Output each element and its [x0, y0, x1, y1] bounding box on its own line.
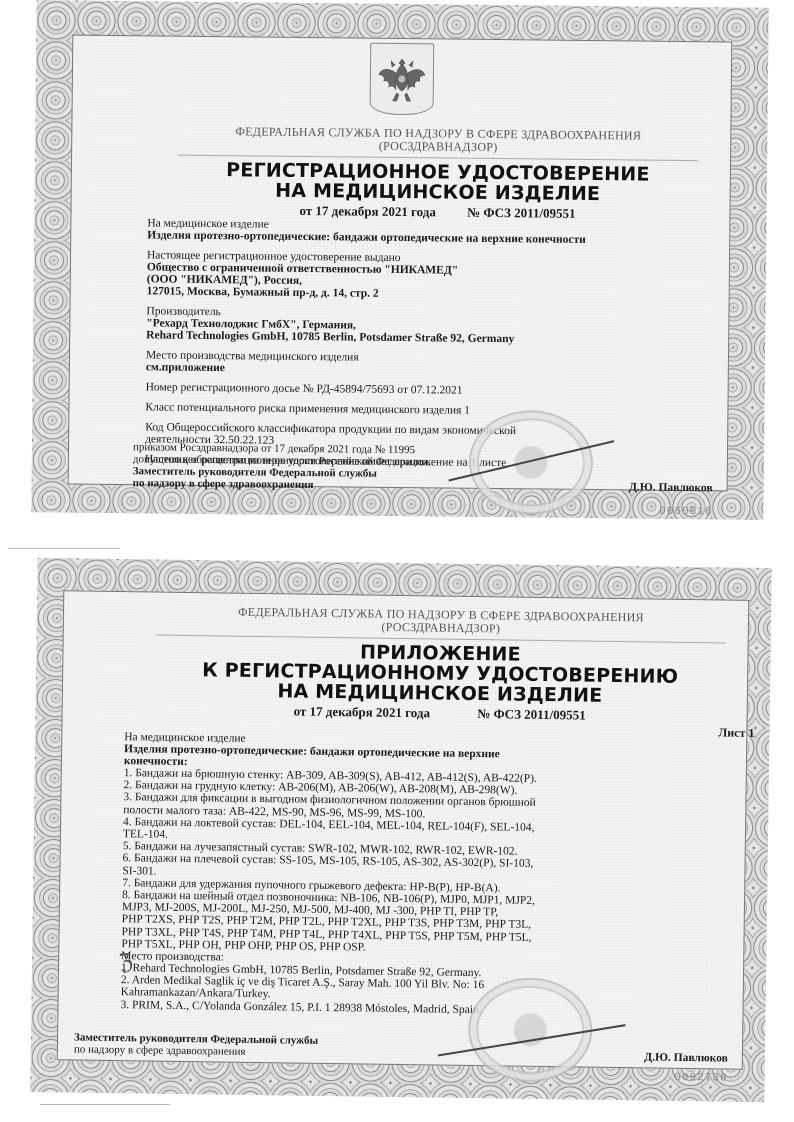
certificate-number: № ФСЗ 2011/09551 — [467, 205, 576, 221]
certificate-appendix-page: ФЕДЕРАЛЬНАЯ СЛУЖБА ПО НАДЗОРУ В СФЕРЕ ЗД… — [30, 558, 771, 1102]
appendix-serial-number: 0092736 — [674, 1072, 727, 1085]
certificate-date: от 17 декабря 2021 года — [299, 203, 436, 219]
official-seal-icon — [468, 977, 593, 1083]
official-seal-icon — [468, 410, 593, 515]
appendix-body: ФЕДЕРАЛЬНАЯ СЛУЖБА ПО НАДЗОРУ В СФЕРЕ ЗД… — [120, 604, 756, 1020]
device-models-list: 1. Бандажи на брюшную стенку: AB-309, AB… — [121, 767, 753, 959]
certificate-body: ФЕДЕРАЛЬНАЯ СЛУЖБА ПО НАДЗОРУ В СФЕРЕ ЗД… — [145, 124, 729, 471]
certificate-content-area: ФЕДЕРАЛЬНАЯ СЛУЖБА ПО НАДЗОРУ В СФЕРЕ ЗД… — [68, 35, 733, 492]
sheet-number: Лист 1 — [718, 725, 754, 741]
signatory-title-2: по надзору в сфере здравоохранения — [133, 477, 431, 492]
certificate-signature-block: приказом Росздравнадзора от 17 декабря 2… — [133, 441, 431, 492]
signatory-name: Д.Ю. Павлюков — [644, 1051, 728, 1064]
appendix-content-area: ФЕДЕРАЛЬНАЯ СЛУЖБА ПО НАДЗОРУ В СФЕРЕ ЗД… — [57, 590, 749, 1070]
scan-edge-line — [8, 548, 120, 549]
scan-edge-line — [40, 1104, 170, 1105]
appendix-date: от 17 декабря 2021 года — [294, 703, 431, 720]
certificate-serial-number: 0060616 — [659, 506, 712, 519]
coat-of-arms-emblem-icon — [370, 43, 435, 116]
registration-certificate-page: ФЕДЕРАЛЬНАЯ СЛУЖБА ПО НАДЗОРУ В СФЕРЕ ЗД… — [31, 0, 768, 520]
appendix-signature-block: Заместитель руководителя Федеральной слу… — [74, 1031, 318, 1058]
production-sites-list: 1. Rehard Technologies GmbH, 10785 Berli… — [120, 962, 751, 1020]
signatory-name: Д.Ю. Павлюков — [629, 481, 713, 494]
appendix-number: № ФСЗ 2011/09551 — [477, 706, 586, 723]
